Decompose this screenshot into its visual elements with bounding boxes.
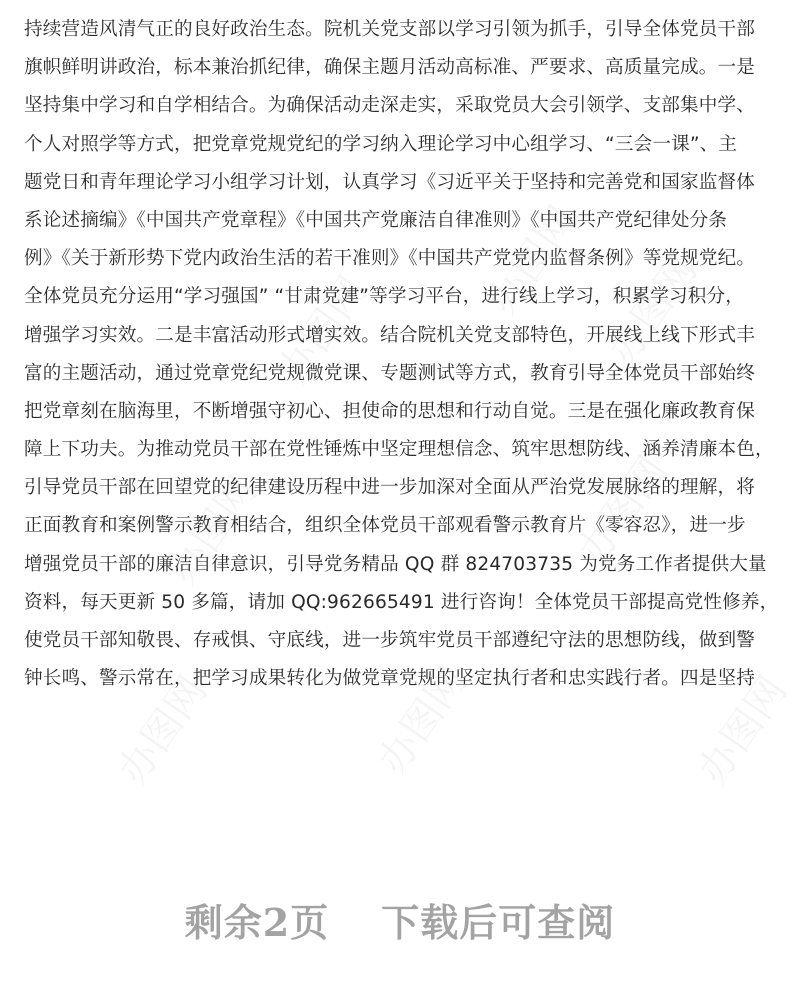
document-body: 持续营造风清气正的良好政治生态。院机关党支部以学习引领为抓手，引导全体党员干部 … (24, 11, 784, 698)
download-to-view-label[interactable]: 下载后可查阅 (381, 900, 615, 945)
document-page: 办图网 办图网 办图网 办图网 办图网 办图网 办图网 办图网 持续营造风清气正… (0, 0, 800, 995)
text-line: 资料，每天更新 50 多篇，请加 QQ:962665491 进行咨询！全体党员干… (24, 584, 784, 622)
text-line: 正面教育和案例警示教育相结合，组织全体党员干部观看警示教育片《零容忍》，进一步 (24, 507, 784, 545)
text-line: 坚持集中学习和自学相结合。为确保活动走深走实，采取党员大会引领学、支部集中学、 (24, 87, 784, 125)
text-line: 增强党员干部的廉洁自律意识，引导党务精品 QQ 群 824703735 为党务工… (24, 546, 784, 584)
text-line: 富的主题活动，通过党章党纪党规微党课、专题测试等方式，教育引导全体党员干部始终 (24, 355, 784, 393)
text-line: 例》《关于新形势下党内政治生活的若干准则》《中国共产党党内监督条例》等党规党纪。 (24, 240, 784, 278)
text-line: 题党日和青年理论学习小组学习计划，认真学习《习近平关于坚持和完善党和国家监督体 (24, 164, 784, 202)
text-line: 持续营造风清气正的良好政治生态。院机关党支部以学习引领为抓手，引导全体党员干部 (24, 11, 784, 49)
text-line: 使党员干部知敬畏、存戒惧、守底线，进一步筑牢党员干部遵纪守法的思想防线，做到警 (24, 622, 784, 660)
text-line: 障上下功夫。为推动党员干部在党性锤炼中坚定理想信念、筑牢思想防线、涵养清廉本色， (24, 431, 784, 469)
text-line: 旗帜鲜明讲政治，标本兼治抓纪律，确保主题月活动高标准、严要求、高质量完成。一是 (24, 49, 784, 87)
remaining-pages-label: 剩余2页 (185, 900, 329, 945)
text-line: 把党章刻在脑海里，不断增强守初心、担使命的思想和行动自觉。三是在强化廉政教育保 (24, 393, 784, 431)
text-line: 钟长鸣、警示常在，把学习成果转化为做党章党规的坚定执行者和忠实践行者。四是坚持 (24, 660, 784, 698)
text-line: 增强学习实效。二是丰富活动形式增实效。结合院机关党支部特色，开展线上线下形式丰 (24, 317, 784, 355)
text-line: 全体党员充分运用“学习强国” “甘肃党建”等学习平台，进行线上学习，积累学习积分… (24, 278, 784, 316)
text-line: 个人对照学等方式，把党章党规党纪的学习纳入理论学习中心组学习、“三会一课”、主 (24, 126, 784, 164)
text-line: 系论述摘编》《中国共产党章程》《中国共产党廉洁自律准则》《中国共产党纪律处分条 (24, 202, 784, 240)
download-prompt-banner[interactable]: 剩余2页下载后可查阅 (0, 892, 800, 947)
text-line: 引导党员干部在回望党的纪律建设历程中进一步加深对全面从严治党发展脉络的理解，将 (24, 469, 784, 507)
